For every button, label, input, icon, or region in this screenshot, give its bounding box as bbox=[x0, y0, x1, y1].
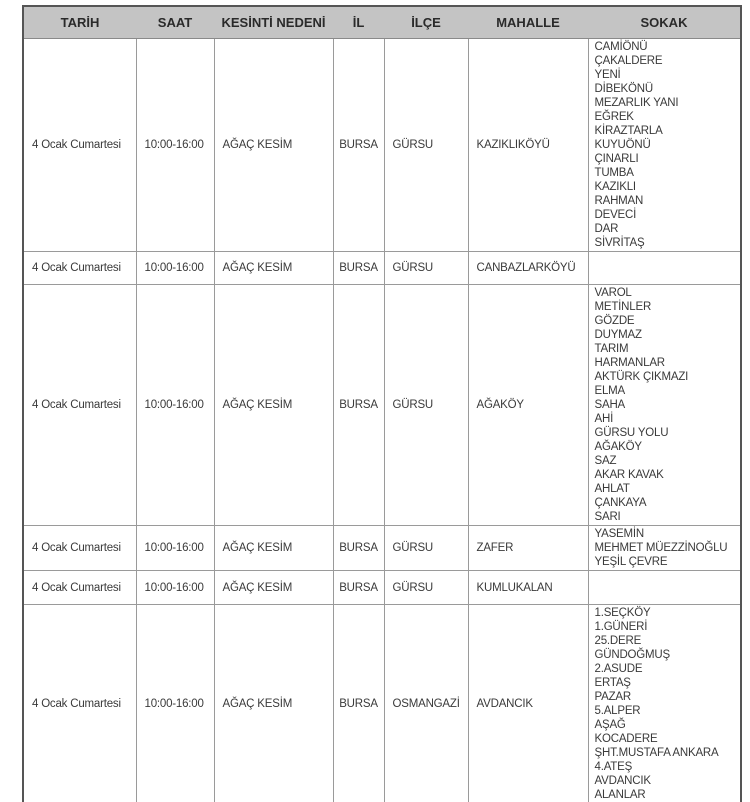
street-name: GÜRSU YOLU bbox=[595, 426, 741, 440]
cell-il: BURSA bbox=[333, 285, 384, 526]
street-name: METİNLER bbox=[595, 300, 741, 314]
street-name: YASEMİN bbox=[595, 527, 741, 541]
cell-tarih: 4 Ocak Cumartesi bbox=[23, 571, 136, 605]
street-name: PAZAR bbox=[595, 690, 741, 704]
cell-sokak: CAMİÖNÜÇAKALDEREYENİDİBEKÖNÜMEZARLIK YAN… bbox=[588, 39, 741, 252]
cell-il: BURSA bbox=[333, 605, 384, 802]
cell-mahalle: CANBAZLARKÖYÜ bbox=[468, 252, 588, 285]
header-tarih: TARİH bbox=[23, 6, 136, 39]
table-body: 4 Ocak Cumartesi 10:00-16:00 AĞAÇ KESİM … bbox=[23, 39, 741, 802]
cell-kesinti-nedeni: AĞAÇ KESİM bbox=[214, 571, 333, 605]
street-name: EĞREK bbox=[595, 110, 741, 124]
street-name: AHİ bbox=[595, 412, 741, 426]
cell-il: BURSA bbox=[333, 526, 384, 571]
header-saat: SAAT bbox=[136, 6, 214, 39]
street-name: ŞHT.MUSTAFA ANKARA bbox=[595, 746, 741, 760]
cell-tarih: 4 Ocak Cumartesi bbox=[23, 605, 136, 802]
cell-saat: 10:00-16:00 bbox=[136, 39, 214, 252]
street-name: KUYUÖNÜ bbox=[595, 138, 741, 152]
street-name: ÇANKAYA bbox=[595, 496, 741, 510]
street-name: TARIM bbox=[595, 342, 741, 356]
street-name: 5.ALPER bbox=[595, 704, 741, 718]
cell-ilce: GÜRSU bbox=[384, 252, 468, 285]
cell-ilce: GÜRSU bbox=[384, 285, 468, 526]
cell-il: BURSA bbox=[333, 39, 384, 252]
header-il: İL bbox=[333, 6, 384, 39]
table-row: 4 Ocak Cumartesi 10:00-16:00 AĞAÇ KESİM … bbox=[23, 252, 741, 285]
street-name: AVDANCIK bbox=[595, 774, 741, 788]
street-name: RAHMAN bbox=[595, 194, 741, 208]
street-name: SİVRİTAŞ bbox=[595, 236, 741, 250]
power-outage-table: TARİH SAAT KESİNTİ NEDENİ İL İLÇE MAHALL… bbox=[22, 5, 742, 802]
street-name: AKAR KAVAK bbox=[595, 468, 741, 482]
cell-sokak bbox=[588, 252, 741, 285]
cell-mahalle: AĞAKÖY bbox=[468, 285, 588, 526]
street-name: HARMANLAR bbox=[595, 356, 741, 370]
table-header-row: TARİH SAAT KESİNTİ NEDENİ İL İLÇE MAHALL… bbox=[23, 6, 741, 39]
cell-mahalle: AVDANCIK bbox=[468, 605, 588, 802]
street-name: 1.SEÇKÖY bbox=[595, 606, 741, 620]
cell-tarih: 4 Ocak Cumartesi bbox=[23, 526, 136, 571]
street-name: SAZ bbox=[595, 454, 741, 468]
cell-mahalle: ZAFER bbox=[468, 526, 588, 571]
cell-kesinti-nedeni: AĞAÇ KESİM bbox=[214, 39, 333, 252]
street-name: GÜNDOĞMUŞ bbox=[595, 648, 741, 662]
street-name: YENİ bbox=[595, 68, 741, 82]
cell-mahalle: KUMLUKALAN bbox=[468, 571, 588, 605]
cell-kesinti-nedeni: AĞAÇ KESİM bbox=[214, 605, 333, 802]
cell-sokak: VAROLMETİNLERGÖZDEDUYMAZTARIMHARMANLARAK… bbox=[588, 285, 741, 526]
street-name: MEHMET MÜEZZİNOĞLU bbox=[595, 541, 741, 555]
cell-kesinti-nedeni: AĞAÇ KESİM bbox=[214, 285, 333, 526]
street-name: ERTAŞ bbox=[595, 676, 741, 690]
street-name: SAHA bbox=[595, 398, 741, 412]
cell-ilce: GÜRSU bbox=[384, 39, 468, 252]
street-name: DAR bbox=[595, 222, 741, 236]
street-name: ÇAKALDERE bbox=[595, 54, 741, 68]
street-name: YEŞİL ÇEVRE bbox=[595, 555, 741, 569]
outage-table-container: TARİH SAAT KESİNTİ NEDENİ İL İLÇE MAHALL… bbox=[22, 5, 740, 802]
cell-sokak: YASEMİNMEHMET MÜEZZİNOĞLUYEŞİL ÇEVRE bbox=[588, 526, 741, 571]
street-name: TUMBA bbox=[595, 166, 741, 180]
cell-ilce: GÜRSU bbox=[384, 526, 468, 571]
street-name: CAMİÖNÜ bbox=[595, 40, 741, 54]
street-name: ELMA bbox=[595, 384, 741, 398]
street-name: DEVECİ bbox=[595, 208, 741, 222]
cell-kesinti-nedeni: AĞAÇ KESİM bbox=[214, 252, 333, 285]
street-name: ALANLAR bbox=[595, 788, 741, 802]
header-sokak: SOKAK bbox=[588, 6, 741, 39]
cell-saat: 10:00-16:00 bbox=[136, 285, 214, 526]
street-name: AHLAT bbox=[595, 482, 741, 496]
street-name: AŞAĞ bbox=[595, 718, 741, 732]
street-name: VAROL bbox=[595, 286, 741, 300]
street-name: 1.GÜNERİ bbox=[595, 620, 741, 634]
cell-tarih: 4 Ocak Cumartesi bbox=[23, 285, 136, 526]
cell-il: BURSA bbox=[333, 571, 384, 605]
street-name: ÇINARLI bbox=[595, 152, 741, 166]
cell-sokak: 1.SEÇKÖY1.GÜNERİ25.DEREGÜNDOĞMUŞ2.ASUDEE… bbox=[588, 605, 741, 802]
street-name: KİRAZTARLA bbox=[595, 124, 741, 138]
street-name: KAZIKLI bbox=[595, 180, 741, 194]
street-name: GÖZDE bbox=[595, 314, 741, 328]
table-row: 4 Ocak Cumartesi 10:00-16:00 AĞAÇ KESİM … bbox=[23, 571, 741, 605]
street-name: 25.DERE bbox=[595, 634, 741, 648]
cell-il: BURSA bbox=[333, 252, 384, 285]
street-name: DİBEKÖNÜ bbox=[595, 82, 741, 96]
header-mahalle: MAHALLE bbox=[468, 6, 588, 39]
street-name: DUYMAZ bbox=[595, 328, 741, 342]
street-name: MEZARLIK YANI bbox=[595, 96, 741, 110]
cell-kesinti-nedeni: AĞAÇ KESİM bbox=[214, 526, 333, 571]
header-kesinti-nedeni: KESİNTİ NEDENİ bbox=[214, 6, 333, 39]
street-name: 2.ASUDE bbox=[595, 662, 741, 676]
cell-saat: 10:00-16:00 bbox=[136, 252, 214, 285]
table-row: 4 Ocak Cumartesi 10:00-16:00 AĞAÇ KESİM … bbox=[23, 285, 741, 526]
cell-ilce: OSMANGAZİ bbox=[384, 605, 468, 802]
street-name: 4.ATEŞ bbox=[595, 760, 741, 774]
cell-ilce: GÜRSU bbox=[384, 571, 468, 605]
cell-tarih: 4 Ocak Cumartesi bbox=[23, 39, 136, 252]
cell-saat: 10:00-16:00 bbox=[136, 526, 214, 571]
table-row: 4 Ocak Cumartesi 10:00-16:00 AĞAÇ KESİM … bbox=[23, 39, 741, 252]
cell-sokak bbox=[588, 571, 741, 605]
cell-saat: 10:00-16:00 bbox=[136, 605, 214, 802]
table-row: 4 Ocak Cumartesi 10:00-16:00 AĞAÇ KESİM … bbox=[23, 526, 741, 571]
cell-saat: 10:00-16:00 bbox=[136, 571, 214, 605]
cell-tarih: 4 Ocak Cumartesi bbox=[23, 252, 136, 285]
street-name: KOCADERE bbox=[595, 732, 741, 746]
header-ilce: İLÇE bbox=[384, 6, 468, 39]
cell-mahalle: KAZIKLIKÖYÜ bbox=[468, 39, 588, 252]
table-row: 4 Ocak Cumartesi 10:00-16:00 AĞAÇ KESİM … bbox=[23, 605, 741, 802]
street-name: AĞAKÖY bbox=[595, 440, 741, 454]
street-name: AKTÜRK ÇIKMAZI bbox=[595, 370, 741, 384]
street-name: SARI bbox=[595, 510, 741, 524]
